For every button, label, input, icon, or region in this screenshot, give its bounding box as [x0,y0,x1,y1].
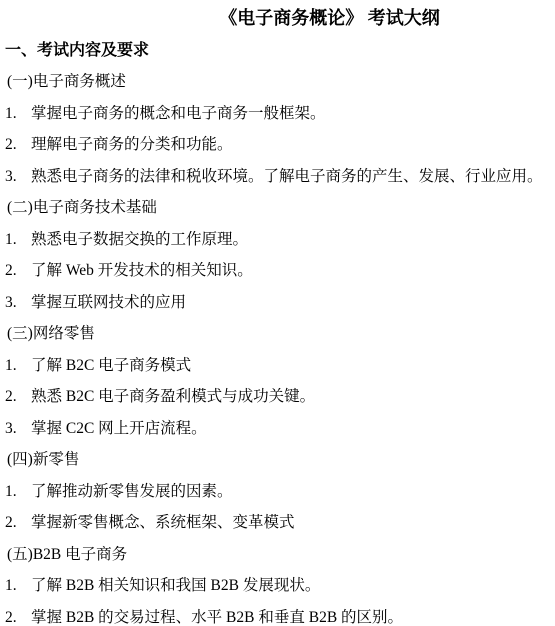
item-number: 1. [5,570,31,602]
list-item: 3.掌握 C2C 网上开店流程。 [0,413,555,445]
item-number: 3. [5,287,31,319]
item-text: 掌握互联网技术的应用 [31,294,186,311]
list-item: 1.掌握电子商务的概念和电子商务一般框架。 [0,98,555,130]
item-text: 熟悉电子数据交换的工作原理。 [31,231,248,248]
item-number: 1. [5,224,31,256]
item-number: 2. [5,602,31,626]
item-number: 2. [5,507,31,539]
item-number: 2. [5,129,31,161]
list-item: 2.掌握 B2B 的交易过程、水平 B2B 和垂直 B2B 的区别。 [0,602,555,626]
list-item: 2.了解 Web 开发技术的相关知识。 [0,255,555,287]
document-page: 《电子商务概论》 考试大纲 一、考试内容及要求 (一)电子商务概述 1.掌握电子… [0,0,555,626]
list-item: 1.了解 B2B 相关知识和我国 B2B 发展现状。 [0,570,555,602]
item-number: 3. [5,413,31,445]
list-item: 2.理解电子商务的分类和功能。 [0,129,555,161]
list-item: 3.掌握互联网技术的应用 [0,287,555,319]
item-text: 熟悉 B2C 电子商务盈利模式与成功关键。 [31,388,315,405]
item-text: 了解 B2B 相关知识和我国 B2B 发展现状。 [31,577,320,594]
list-item: 1.了解 B2C 电子商务模式 [0,350,555,382]
section-heading-4: (四)新零售 [0,444,555,476]
section-heading-5: (五)B2B 电子商务 [0,539,555,571]
item-text: 掌握电子商务的概念和电子商务一般框架。 [31,105,326,122]
item-number: 2. [5,255,31,287]
item-text: 理解电子商务的分类和功能。 [31,136,233,153]
list-item: 2.熟悉 B2C 电子商务盈利模式与成功关键。 [0,381,555,413]
item-number: 3. [5,161,31,193]
list-item: 2.掌握新零售概念、系统框架、变革模式 [0,507,555,539]
item-text: 熟悉电子商务的法律和税收环境。了解电子商务的产生、发展、行业应用。 [31,168,543,185]
main-heading: 一、考试内容及要求 [0,35,555,67]
item-text: 了解 Web 开发技术的相关知识。 [31,262,253,279]
section-heading-2: (二)电子商务技术基础 [0,192,555,224]
list-item: 3.熟悉电子商务的法律和税收环境。了解电子商务的产生、发展、行业应用。 [0,161,555,193]
section-heading-3: (三)网络零售 [0,318,555,350]
list-item: 1.熟悉电子数据交换的工作原理。 [0,224,555,256]
item-text: 掌握 B2B 的交易过程、水平 B2B 和垂直 B2B 的区别。 [31,609,403,626]
item-text: 掌握 C2C 网上开店流程。 [31,420,207,437]
item-number: 2. [5,381,31,413]
page-title: 《电子商务概论》 考试大纲 [104,3,555,35]
item-number: 1. [5,476,31,508]
item-number: 1. [5,350,31,382]
section-heading-1: (一)电子商务概述 [0,66,555,98]
item-text: 了解推动新零售发展的因素。 [31,483,233,500]
list-item: 1.了解推动新零售发展的因素。 [0,476,555,508]
item-text: 掌握新零售概念、系统框架、变革模式 [31,514,295,531]
item-number: 1. [5,98,31,130]
item-text: 了解 B2C 电子商务模式 [31,357,191,374]
